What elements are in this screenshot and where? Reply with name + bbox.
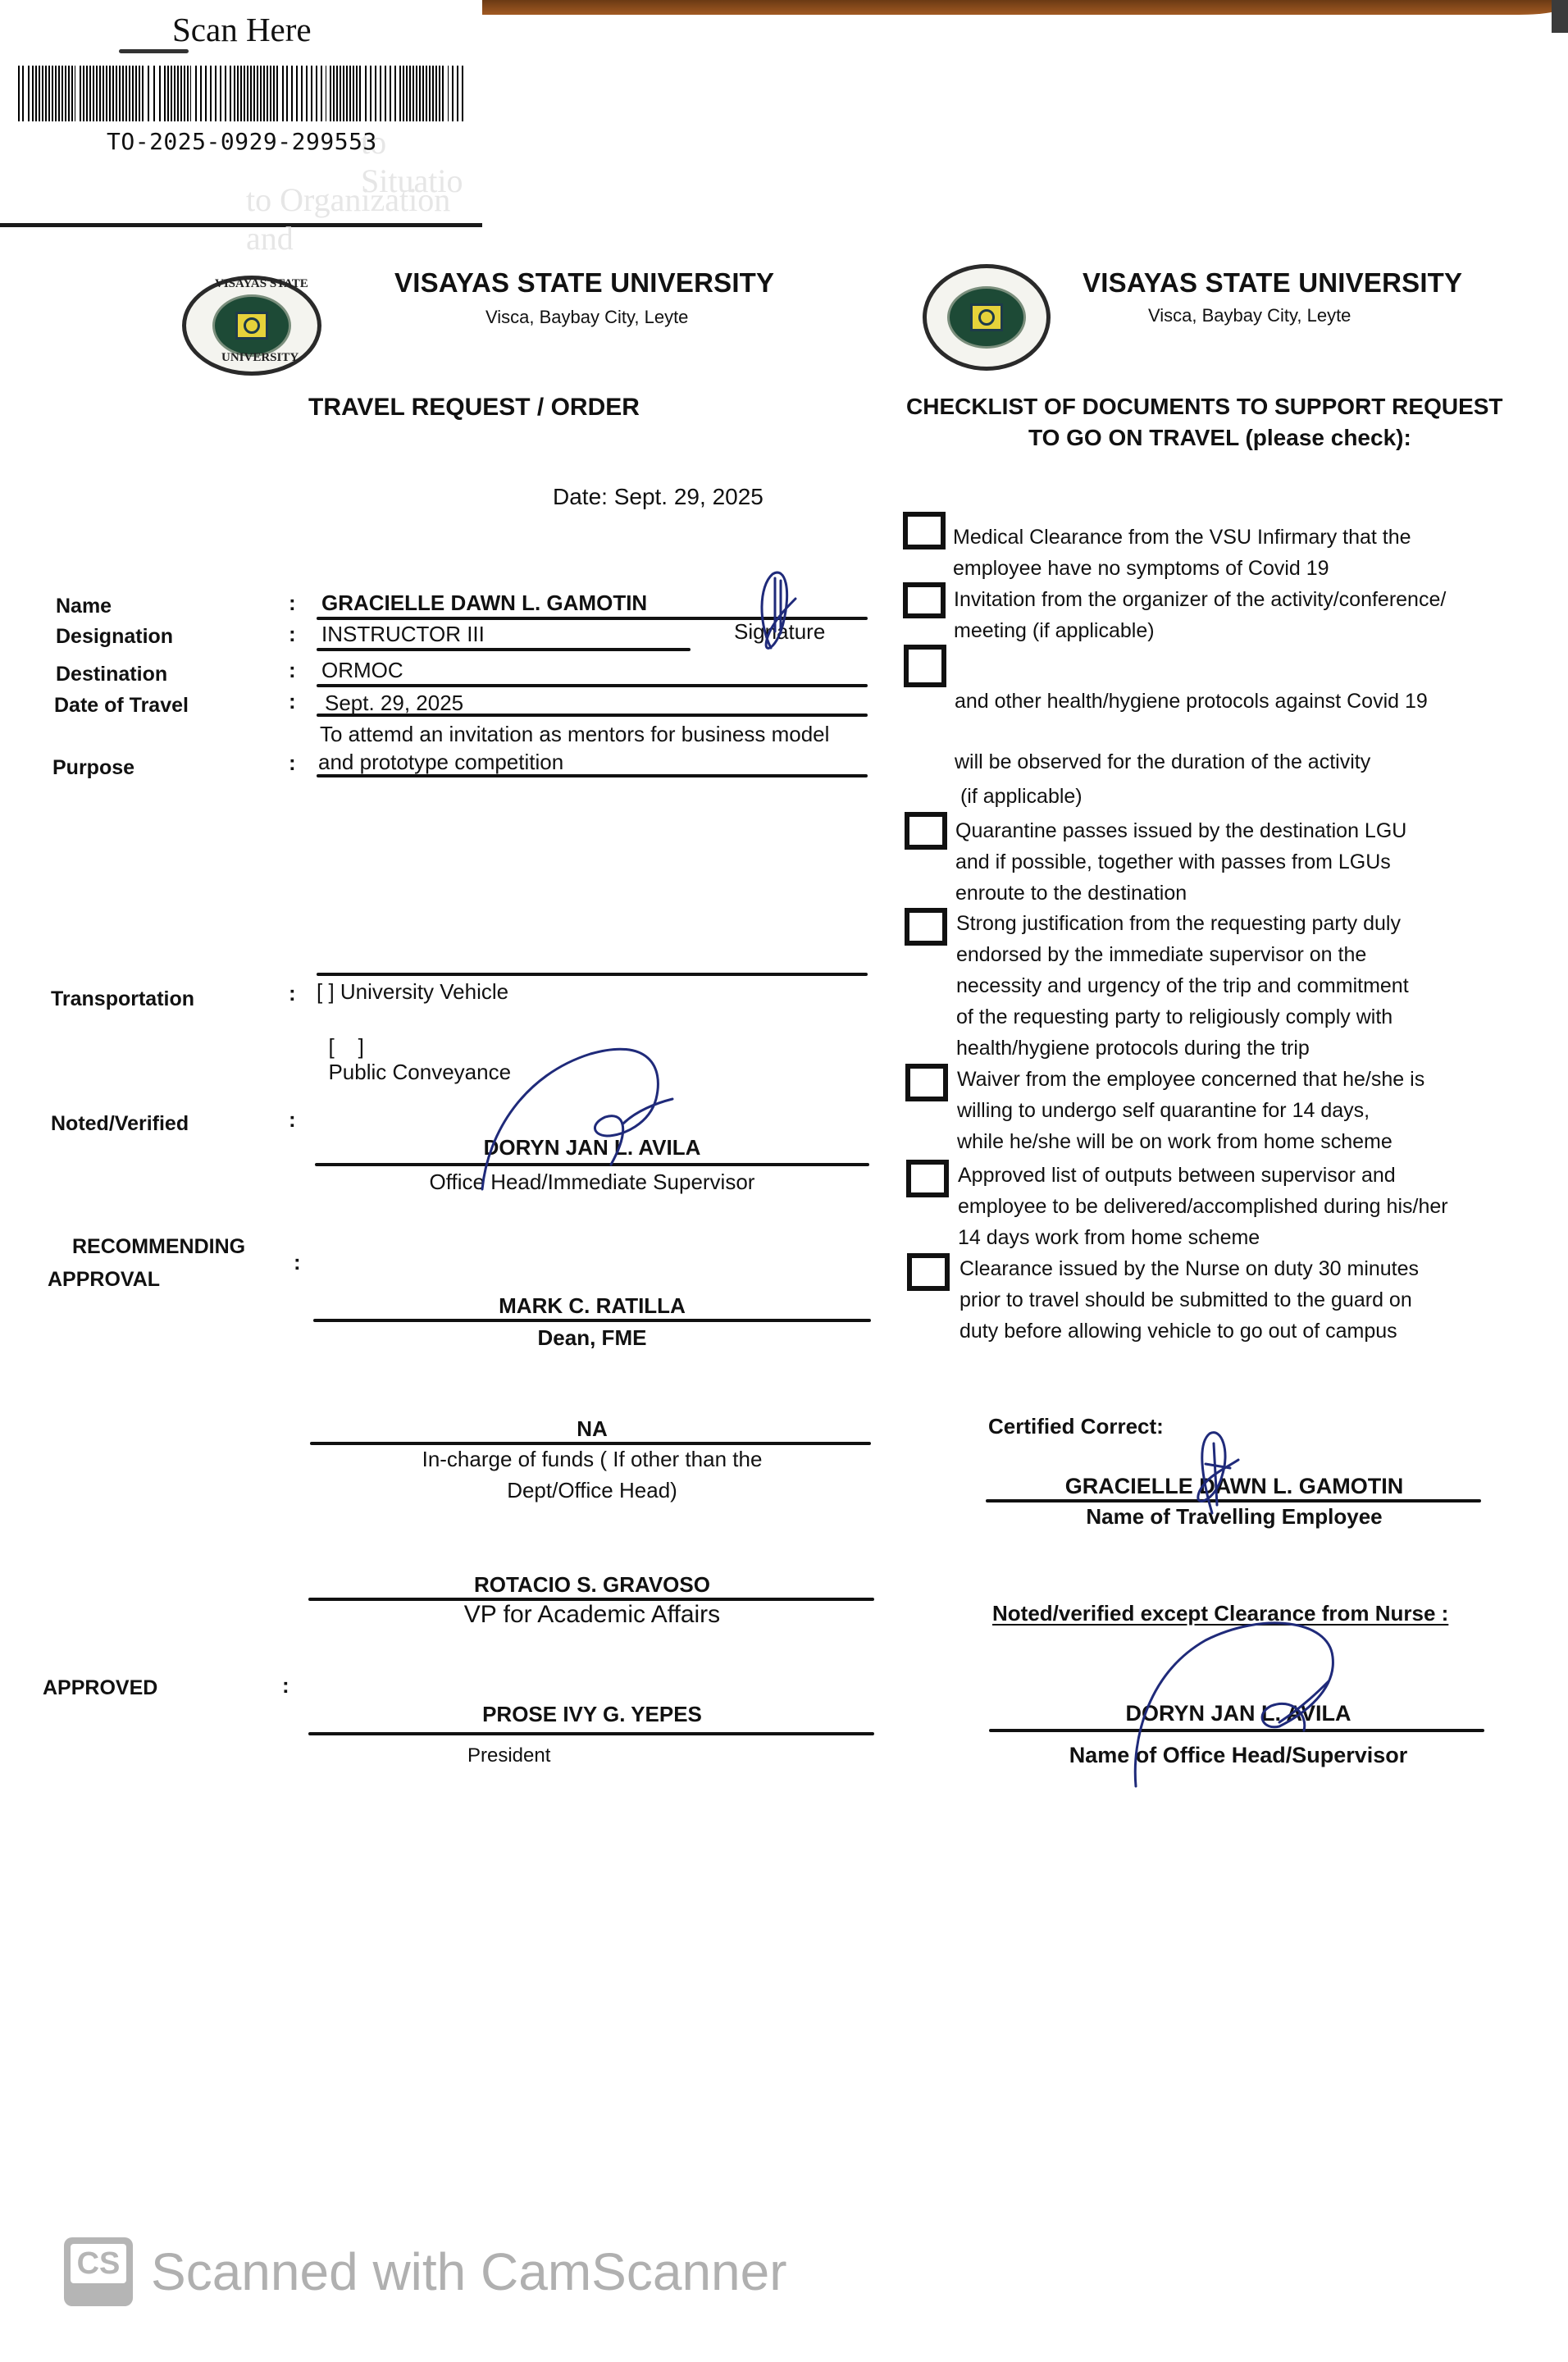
colon: : [289,622,296,647]
checklist-item: Waiver from the employee concerned that … [957,1064,1424,1157]
recommending-underline [313,1319,871,1322]
noted-underline [315,1163,869,1166]
option-label: Public Conveyance [328,1060,511,1084]
table-surface-corner [1552,0,1568,33]
checklist-item: Clearance issued by the Nurse on duty 30… [959,1253,1419,1347]
recommending-name: MARK C. RATILLA [317,1293,868,1319]
colon: : [289,658,296,683]
checklist-item: Approved list of outputs between supervi… [958,1160,1448,1253]
seal-ring [947,286,1026,349]
destination-value: ORMOC [321,658,403,683]
purpose-underline [317,774,868,777]
barcode[interactable] [18,66,467,121]
seal-bottom-text: UNIVERSITY [221,351,299,365]
checkbox-bracket[interactable]: [ ] [317,979,335,1004]
option-label: University Vehicle [340,979,508,1004]
form-title: TRAVEL REQUEST / ORDER [308,394,640,422]
president-name: PROSE IVY G. YEPES [317,1702,868,1727]
recommending-title: Dean, FME [317,1325,868,1351]
travelling-employee-name: GRACIELLE DAWN L. GAMOTIN [984,1474,1484,1499]
colon: : [289,689,296,714]
purpose-extra-underline [317,973,868,976]
camscanner-watermark: CS Scanned with CamScanner [64,2237,787,2306]
colon: : [289,1107,296,1133]
university-address: Visca, Baybay City, Leyte [485,307,688,328]
checklist-title-line2: TO GO ON TRAVEL (please check): [1028,425,1411,451]
funds-title-line1: In-charge of funds ( If other than the [317,1447,868,1472]
president-title: President [467,1744,550,1767]
funds-title-line2: Dept/Office Head) [317,1478,868,1503]
checklist-item: Invitation from the organizer of the act… [954,584,1446,646]
destination-underline [317,684,868,687]
checkbox-bracket[interactable]: [ ] [328,1034,363,1059]
checkbox-invitation[interactable] [903,582,946,618]
university-name: VISAYAS STATE UNIVERSITY [394,267,774,299]
barcode-stub: to Situatio to Organization and Scan Her… [0,0,482,227]
university-address: Visca, Baybay City, Leyte [1148,305,1351,326]
scan-here-label: Scan Here [172,10,312,49]
supervisor-underline [989,1729,1484,1732]
colon: : [289,750,296,776]
date-of-travel-label: Date of Travel [54,694,189,718]
designation-value: INSTRUCTOR III [321,622,485,647]
checkbox-strong-justification[interactable] [905,908,947,946]
designation-label: Designation [56,625,173,649]
seal-top-text: VISAYAS STATE [215,277,308,291]
designation-underline [317,648,691,651]
transport-option-public-conveyance[interactable]: [ ] Public Conveyance [317,1009,511,1085]
vp-title: VP for Academic Affairs [317,1601,868,1629]
colon: : [289,981,296,1006]
noted-except-nurse-label: Noted/verified except Clearance from Nur… [992,1601,1448,1626]
purpose-label: Purpose [52,756,134,780]
colon: : [282,1673,289,1699]
checklist-item: Strong justification from the requesting… [956,908,1409,1064]
president-underline [308,1732,874,1735]
recommending-label-line2: APPROVAL [48,1268,160,1292]
checkbox-waiver[interactable] [905,1064,948,1101]
travelling-employee-underline [986,1499,1481,1502]
travel-order-id: TO-2025-0929-299553 [107,128,377,155]
checkbox-nurse-clearance[interactable] [907,1253,950,1291]
transportation-label: Transportation [51,987,194,1011]
university-seal-right [923,264,1051,371]
colon: : [289,590,296,616]
form-date: Date: Sept. 29, 2025 [553,484,763,510]
checkbox-health-protocols[interactable] [904,645,946,687]
vp-name: ROTACIO S. GRAVOSO [317,1572,868,1598]
funds-underline [310,1442,871,1445]
date-of-travel-underline [317,714,868,717]
table-surface-edge [459,0,1568,15]
funds-name: NA [317,1416,868,1442]
camscanner-text: Scanned with CamScanner [151,2241,787,2302]
destination-label: Destination [56,663,167,686]
seal-ring [212,294,291,357]
purpose-value-line1: To attemd an invitation as mentors for b… [320,722,829,747]
pen-mark [119,49,189,53]
transport-option-university-vehicle[interactable]: [ ] University Vehicle [317,979,508,1005]
colon: : [294,1250,301,1275]
bleed-through-text: to Organization and [246,180,482,258]
noted-by-title: Office Head/Immediate Supervisor [317,1170,868,1195]
supervisor-title: Name of Office Head/Supervisor [989,1743,1488,1768]
checkbox-approved-outputs[interactable] [906,1160,949,1197]
date-of-travel-value: Sept. 29, 2025 [325,691,463,716]
noted-by-name: DORYN JAN L. AVILA [317,1135,868,1160]
noted-verified-label: Noted/Verified [51,1112,189,1136]
signature-label: Signature [734,619,825,645]
supervisor-name: DORYN JAN L. AVILA [989,1701,1488,1726]
checklist-item: Medical Clearance from the VSU Infirmary… [953,522,1411,584]
approved-label: APPROVED [43,1676,157,1700]
checkbox-medical-clearance[interactable] [903,512,946,549]
name-label: Name [56,595,112,618]
name-value: GRACIELLE DAWN L. GAMOTIN [321,590,647,616]
travelling-employee-title: Name of Travelling Employee [984,1504,1484,1530]
checkbox-quarantine-passes[interactable] [905,812,947,850]
purpose-value-line2: and prototype competition [318,750,563,775]
certified-correct-label: Certified Correct: [988,1414,1164,1439]
camscanner-logo-icon: CS [64,2237,133,2306]
checklist-title-line1: CHECKLIST OF DOCUMENTS TO SUPPORT REQUES… [906,394,1503,420]
checklist-item: and other health/hygiene protocols again… [955,684,1428,814]
recommending-label-line1: RECOMMENDING [72,1235,245,1259]
university-name: VISAYAS STATE UNIVERSITY [1083,267,1462,299]
checklist-item: Quarantine passes issued by the destinat… [955,815,1406,909]
